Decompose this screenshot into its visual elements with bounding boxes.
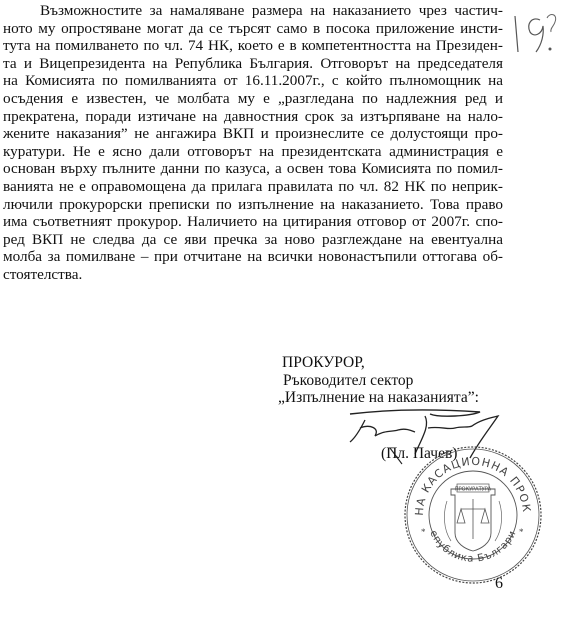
body-paragraph: Възможностите за намаляване размера на н… — [3, 2, 503, 284]
stamp-emblem-label: ПРОКУРАТУРА — [455, 487, 492, 493]
text-line: има съответният прокурор. Наличието на ц… — [3, 213, 503, 231]
page-number: 6 — [495, 575, 503, 593]
text-line: осъдения е известен, че молбата му е „ра… — [3, 90, 503, 108]
text-line: куратури. Не е ясно дали отговорът на пр… — [3, 143, 503, 161]
text-line: тута на помилването по чл. 74 НК, което … — [3, 37, 503, 55]
document-page: Възможностите за намаляване размера на н… — [0, 0, 580, 618]
official-stamp-icon: ВЪРХОВНА КАСАЦИОННА ПРОКУРАТУРА Републик… — [401, 443, 545, 587]
text-line: жените наказания” не ангажира ВКП и прои… — [3, 125, 503, 143]
text-line: молба за помилване – при отчитане на вси… — [3, 248, 503, 266]
stamp-outer-text: ВЪРХОВНА КАСАЦИОННА ПРОКУРАТУРА — [401, 443, 533, 516]
text-line: лючили прокурорски преписки по изпълнени… — [3, 196, 503, 214]
svg-text:ВЪРХОВНА КАСАЦИОННА ПРОКУРАТУР: ВЪРХОВНА КАСАЦИОННА ПРОКУРАТУРА — [401, 443, 533, 516]
text-line: прекратена, поради изтичане на давностни… — [3, 108, 503, 126]
signer-sector: „Изпълнение на наказанията”: — [278, 389, 479, 407]
svg-text:*: * — [421, 527, 426, 537]
text-line: на Комисията по помилванията от 16.11.20… — [3, 72, 503, 90]
text-line: ното му опростяване могат да се търсят с… — [3, 20, 503, 38]
text-line: основан върху пълните данни по казуса, а… — [3, 160, 503, 178]
signature-block: ПРОКУРОР, Ръководител сектор „Изпълнение… — [282, 354, 479, 407]
signer-title: ПРОКУРОР, — [282, 354, 479, 372]
text-line: ред ВКП не следва да се яви пречка за но… — [3, 231, 503, 249]
text-line: ванията не е оправомощена да прилага пра… — [3, 178, 503, 196]
handwritten-page-annotation — [510, 6, 570, 56]
text-line: стоятелства. — [3, 266, 503, 284]
signer-position: Ръководител сектор — [282, 372, 479, 390]
text-line: Възможностите за намаляване размера на н… — [3, 2, 503, 20]
text-line: та и Вицепрезидента на Република Българи… — [3, 55, 503, 73]
svg-text:*: * — [519, 527, 524, 537]
